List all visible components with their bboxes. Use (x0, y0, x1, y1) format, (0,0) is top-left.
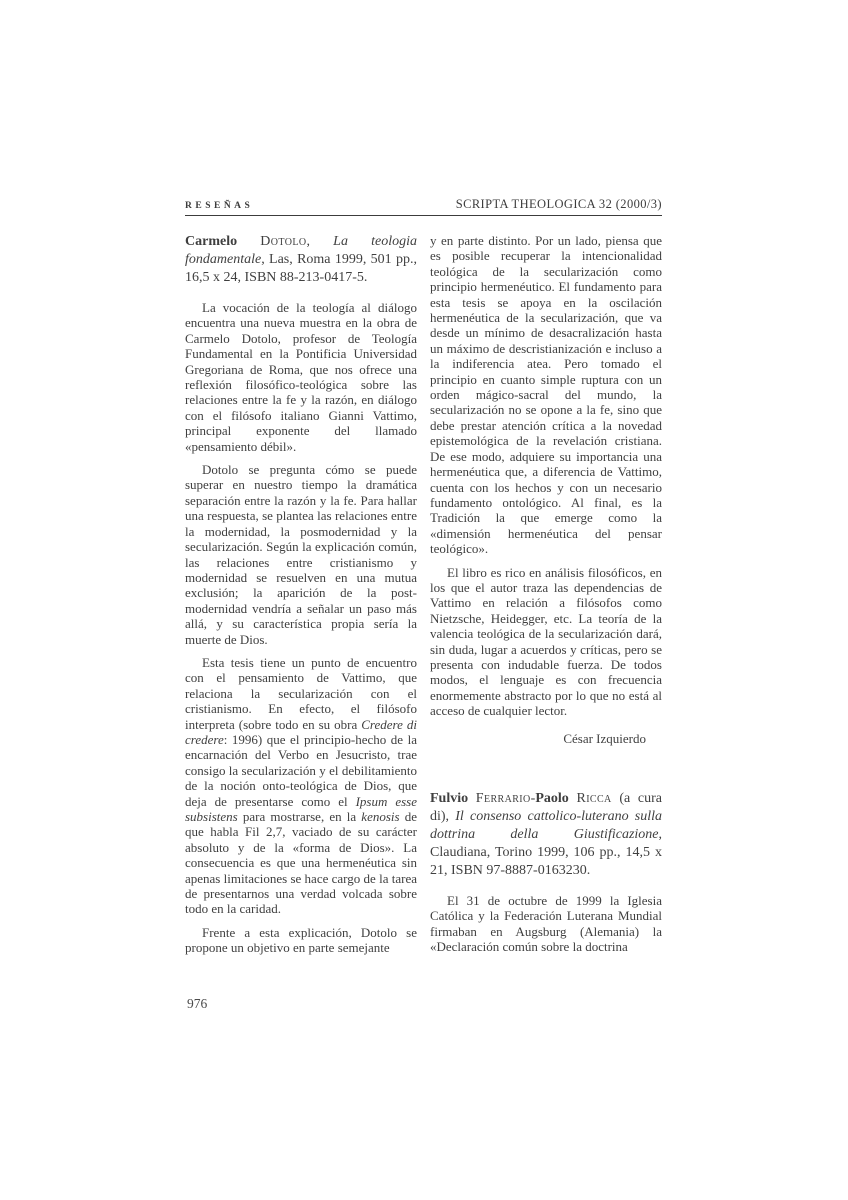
reviewer-signature: César Izquierdo (430, 731, 662, 746)
header-rule (185, 215, 662, 216)
section-label: RESEÑAS (185, 201, 253, 211)
journal-title: SCRIPTA THEOLOGICA 32 (2000/3) (456, 197, 662, 212)
review2-citation: Fulvio Ferrario-Paolo Ricca (a cura di),… (430, 790, 662, 880)
review1-paragraph-2: Dotolo se pregunta cómo se puede superar… (185, 462, 417, 647)
two-column-text: Carmelo Dotolo, La teologia fondamentale… (185, 233, 662, 956)
review1-paragraph-5: El libro es rico en análisis filosóficos… (430, 565, 662, 719)
review1-paragraph-1: La vocación de la teología al diálogo en… (185, 300, 417, 454)
scanned-page-background: RESEÑAS SCRIPTA THEOLOGICA 32 (2000/3) C… (0, 0, 848, 1200)
right-column: y en parte distinto. Por un lado, piensa… (430, 233, 662, 956)
left-column: Carmelo Dotolo, La teologia fondamentale… (185, 233, 417, 956)
review1-paragraph-3: Esta tesis tiene un punto de encuentro c… (185, 655, 417, 917)
review1-paragraph-4-start: Frente a esta explicación, Dotolo se pro… (185, 925, 417, 956)
review1-paragraph-4-continuation: y en parte distinto. Por un lado, piensa… (430, 233, 662, 557)
scanned-journal-page: { "header": { "section": "RESEÑAS", "jou… (0, 0, 848, 1200)
running-header: RESEÑAS SCRIPTA THEOLOGICA 32 (2000/3) (185, 197, 662, 212)
review1-citation: Carmelo Dotolo, La teologia fondamentale… (185, 233, 417, 287)
page-content: RESEÑAS SCRIPTA THEOLOGICA 32 (2000/3) C… (185, 197, 662, 956)
review2-paragraph-1: El 31 de octubre de 1999 la Iglesia Cató… (430, 893, 662, 955)
page-number: 976 (187, 996, 207, 1012)
